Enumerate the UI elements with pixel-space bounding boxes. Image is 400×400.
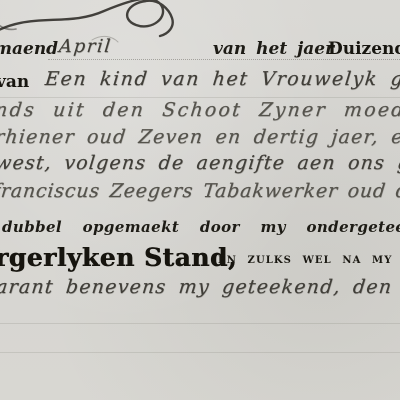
printed-burgerlyken-stand: rgerlyken Stand, bbox=[0, 243, 237, 272]
handwritten-line-4: rhiener oud Zeven en dertig jaer, en d bbox=[0, 126, 400, 148]
baseline-rule bbox=[0, 97, 400, 98]
handwritten-line-6: franciscus Zeegers Tabakwerker oud drie … bbox=[0, 180, 400, 202]
handwritten-line-3: nds uit den Schoot Zyner moede bbox=[0, 99, 400, 121]
printed-line-dubbel: dubbel opgemaekt door my ondergeteekende… bbox=[2, 218, 400, 236]
blank-rule bbox=[0, 352, 400, 353]
printed-van-het-jaer: van het jaer bbox=[213, 39, 334, 59]
document-scan: maend April van het jaer Duizend Ach van… bbox=[0, 0, 400, 400]
handwritten-line-5: west, volgens de aengifte aen ons geda bbox=[0, 152, 400, 174]
printed-word-maend: maend bbox=[0, 39, 58, 59]
blank-rule bbox=[0, 323, 400, 324]
handwritten-line-2: Een kind van het Vrouwelyk ge bbox=[44, 68, 400, 90]
handwritten-month: April bbox=[58, 36, 113, 57]
printed-word-van: van bbox=[0, 72, 29, 92]
handwritten-line-9: arant benevens my geteekend, den eerste bbox=[0, 276, 400, 298]
printed-duizend: Duizend Ach bbox=[328, 39, 400, 59]
fill-line bbox=[48, 59, 400, 60]
printed-smallcaps-clause: EN ZULKS WEL NA MY VAN HET bbox=[218, 255, 400, 266]
